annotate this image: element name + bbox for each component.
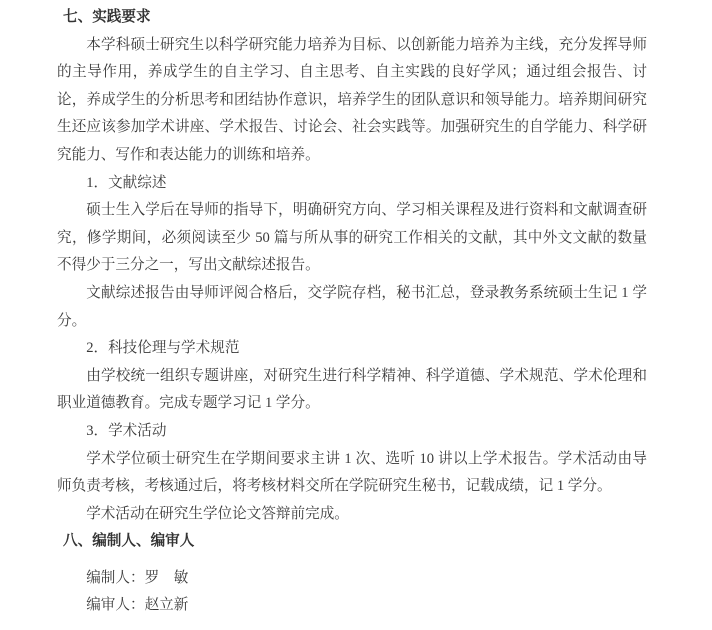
item-1-title: 1．文献综述 [57,170,647,198]
item-3-title: 3．学术活动 [57,418,647,446]
item-2-title: 2．科技伦理与学术规范 [57,335,647,363]
item-1-paragraph-2: 文献综述报告由导师评阅合格后，交学院存档，秘书汇总，登录教务系统硕士生记 1 学… [57,280,647,335]
document-body: 七、实践要求 本学科硕士研究生以科学研究能力培养为目标、以创新能力培养为主线，充… [57,4,647,620]
section-7-heading: 七、实践要求 [57,4,647,32]
item-3-paragraph-2: 学术活动在研究生学位论文答辩前完成。 [57,501,647,529]
section-8-heading: 八、编制人、编审人 [57,528,647,556]
item-3-paragraph-1: 学术学位硕士研究生在学期间要求主讲 1 次、选听 10 讲以上学术报告。学术活动… [57,446,647,501]
reviewer-line: 编审人：赵立新 [57,592,647,620]
item-2-paragraph-1: 由学校统一组织专题讲座，对研究生进行科学精神、科学道德、学术规范、学术伦理和职业… [57,363,647,418]
item-1-paragraph-1: 硕士生入学后在导师的指导下，明确研究方向、学习相关课程及进行资料和文献调查研究，… [57,197,647,280]
section-7-intro-paragraph: 本学科硕士研究生以科学研究能力培养为目标、以创新能力培养为主线，充分发挥导师的主… [57,32,647,170]
compiler-line: 编制人：罗 敏 [57,565,647,593]
document-page: 七、实践要求 本学科硕士研究生以科学研究能力培养为目标、以创新能力培养为主线，充… [0,0,712,630]
